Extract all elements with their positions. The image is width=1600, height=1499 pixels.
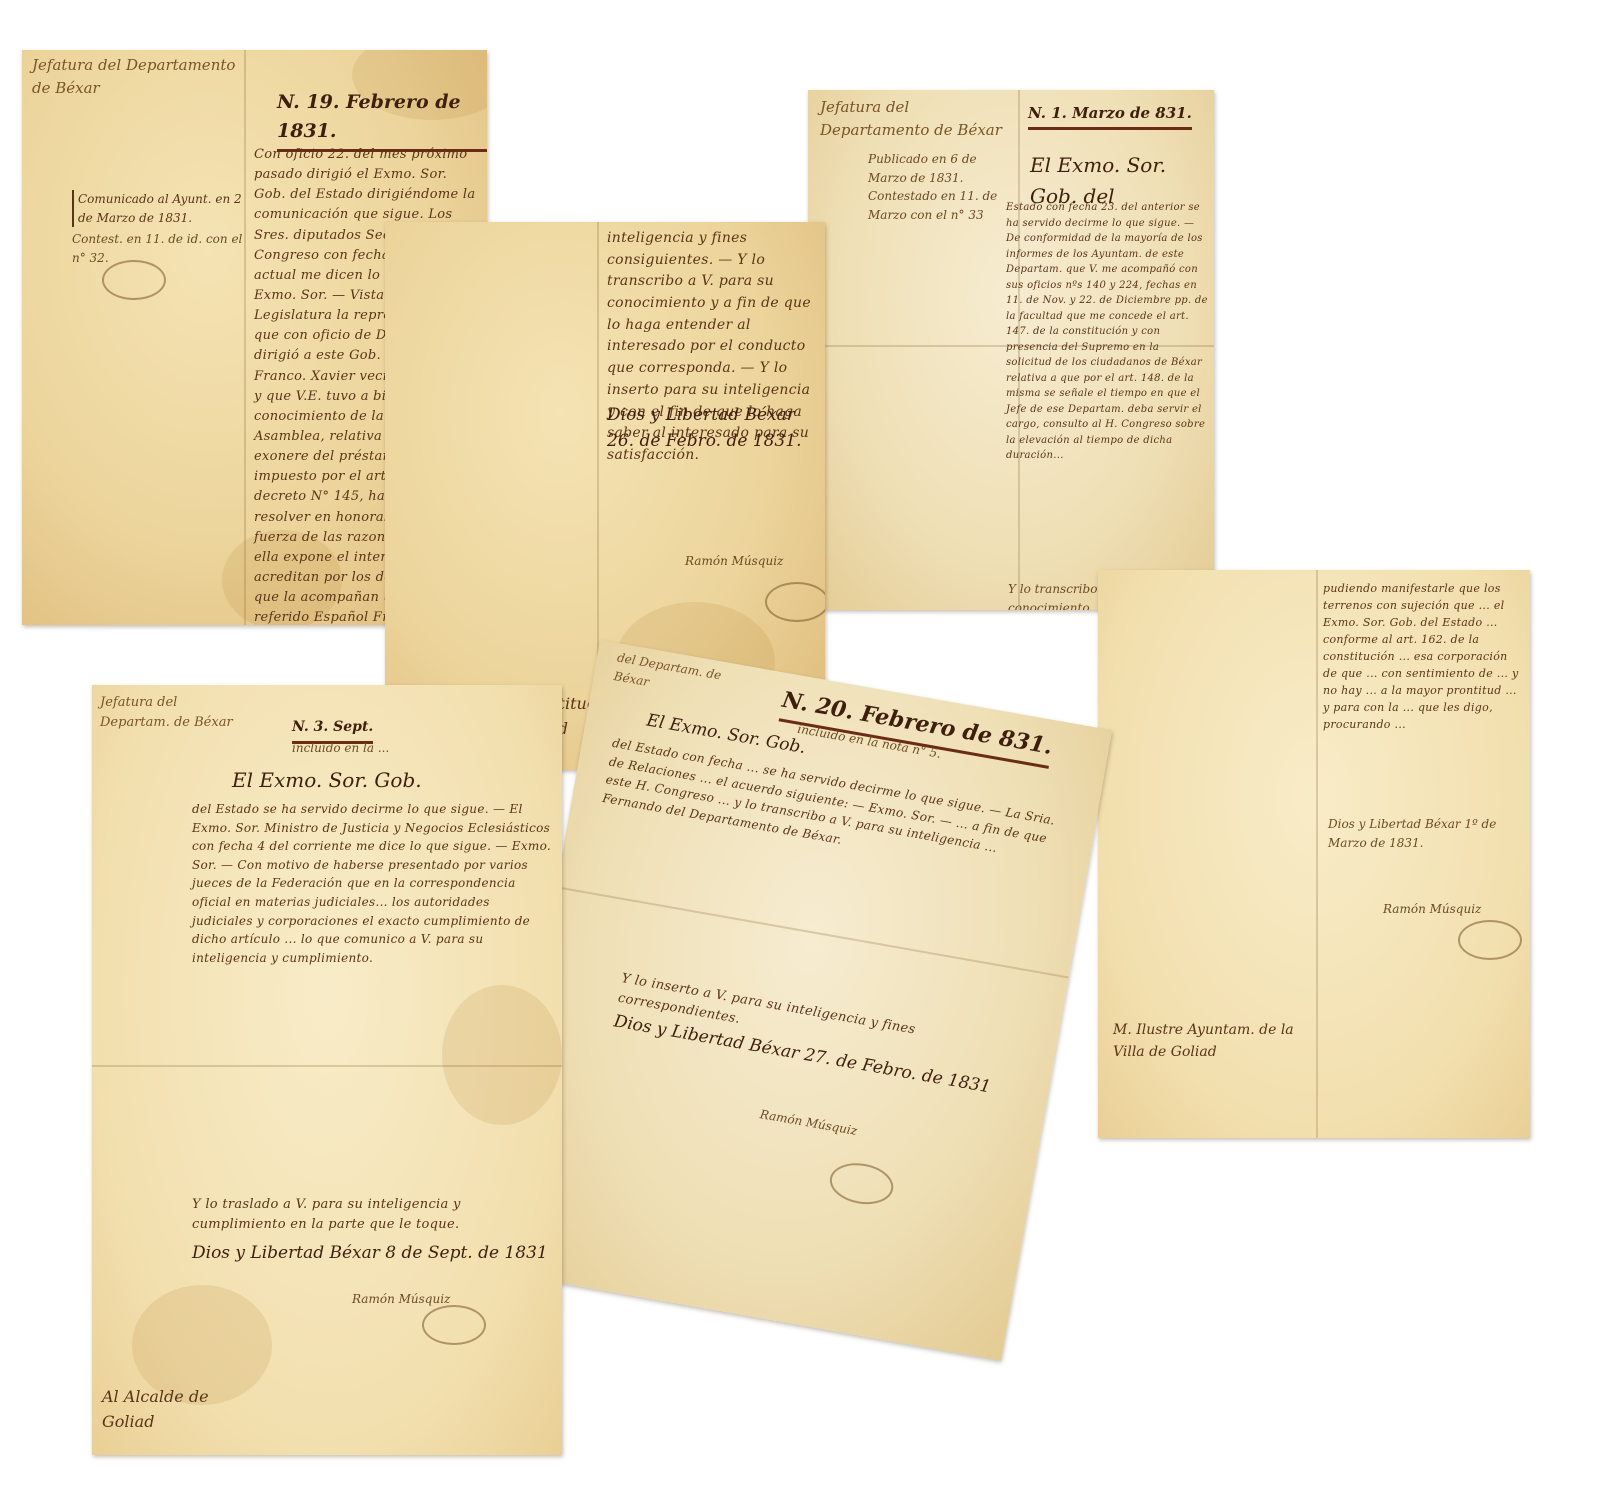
flourish-icon: [422, 1305, 486, 1345]
flourish-icon: [1458, 920, 1522, 960]
office-label: Jefatura del Departamento de Béxar: [820, 96, 1010, 143]
closing-line: Y lo traslado a V. para su inteligencia …: [192, 1195, 552, 1235]
flourish-icon: [765, 582, 825, 622]
document-body: pudiendo manifestarle que los terrenos c…: [1323, 580, 1523, 733]
document-right: pudiendo manifestarle que los terrenos c…: [1098, 570, 1530, 1138]
stain: [442, 985, 562, 1125]
margin-note: Contest. en 11. de id. con el n° 32.: [72, 230, 252, 267]
flourish-icon: [827, 1158, 897, 1209]
fold-line: [92, 1065, 562, 1067]
flourish-icon: [102, 260, 166, 300]
document-bottom-center: del Departam. de Béxar N. 20. Febrero de…: [489, 640, 1112, 1361]
signature: Ramón Músquiz: [685, 552, 805, 571]
margin-note: Comunicado al Ayunt. en 2 de Marzo de 18…: [72, 190, 258, 227]
document-body: del Estado se ha servido decirme lo que …: [192, 800, 552, 967]
signature: Ramón Músquiz: [758, 1105, 879, 1144]
closing-line: Dios y Libertad Béxar 1º de Marzo de 183…: [1328, 815, 1518, 852]
margin-note: Publicado en 6 de Marzo de 1831. Contest…: [868, 150, 1008, 224]
signature: Ramón Músquiz: [1383, 900, 1513, 919]
document-top-right: Jefatura del Departamento de Béxar N. 1.…: [808, 90, 1214, 610]
closing-line: Dios y Libertad Béxar 8 de Sept. de 1831: [192, 1240, 552, 1266]
document-heading: N. 19. Febrero de 1831.: [277, 88, 487, 152]
fold-line: [556, 886, 1068, 978]
document-bottom-left: Jefatura del Departam. de Béxar N. 3. Se…: [92, 685, 562, 1455]
fold-line: [244, 50, 246, 625]
fold-line: [1316, 570, 1318, 1138]
document-heading: N. 1. Marzo de 831.: [1028, 102, 1192, 130]
document-subheading: incluido en la ...: [292, 739, 389, 758]
addressee: M. Ilustre Ayuntam. de la Villa de Golia…: [1113, 1020, 1313, 1063]
document-body: Estado con fecha 23. del anterior se ha …: [1006, 200, 1208, 464]
closing-line: Dios y Libertad Béxar 26. de Febro. de 1…: [607, 402, 817, 455]
office-label: Jefatura del Departam. de Béxar: [100, 693, 240, 733]
salutation: El Exmo. Sor. Gob.: [232, 765, 532, 796]
office-label: Jefatura del Departamento de Béxar: [32, 54, 242, 101]
addressee: Al Alcalde de Goliad: [102, 1385, 262, 1435]
